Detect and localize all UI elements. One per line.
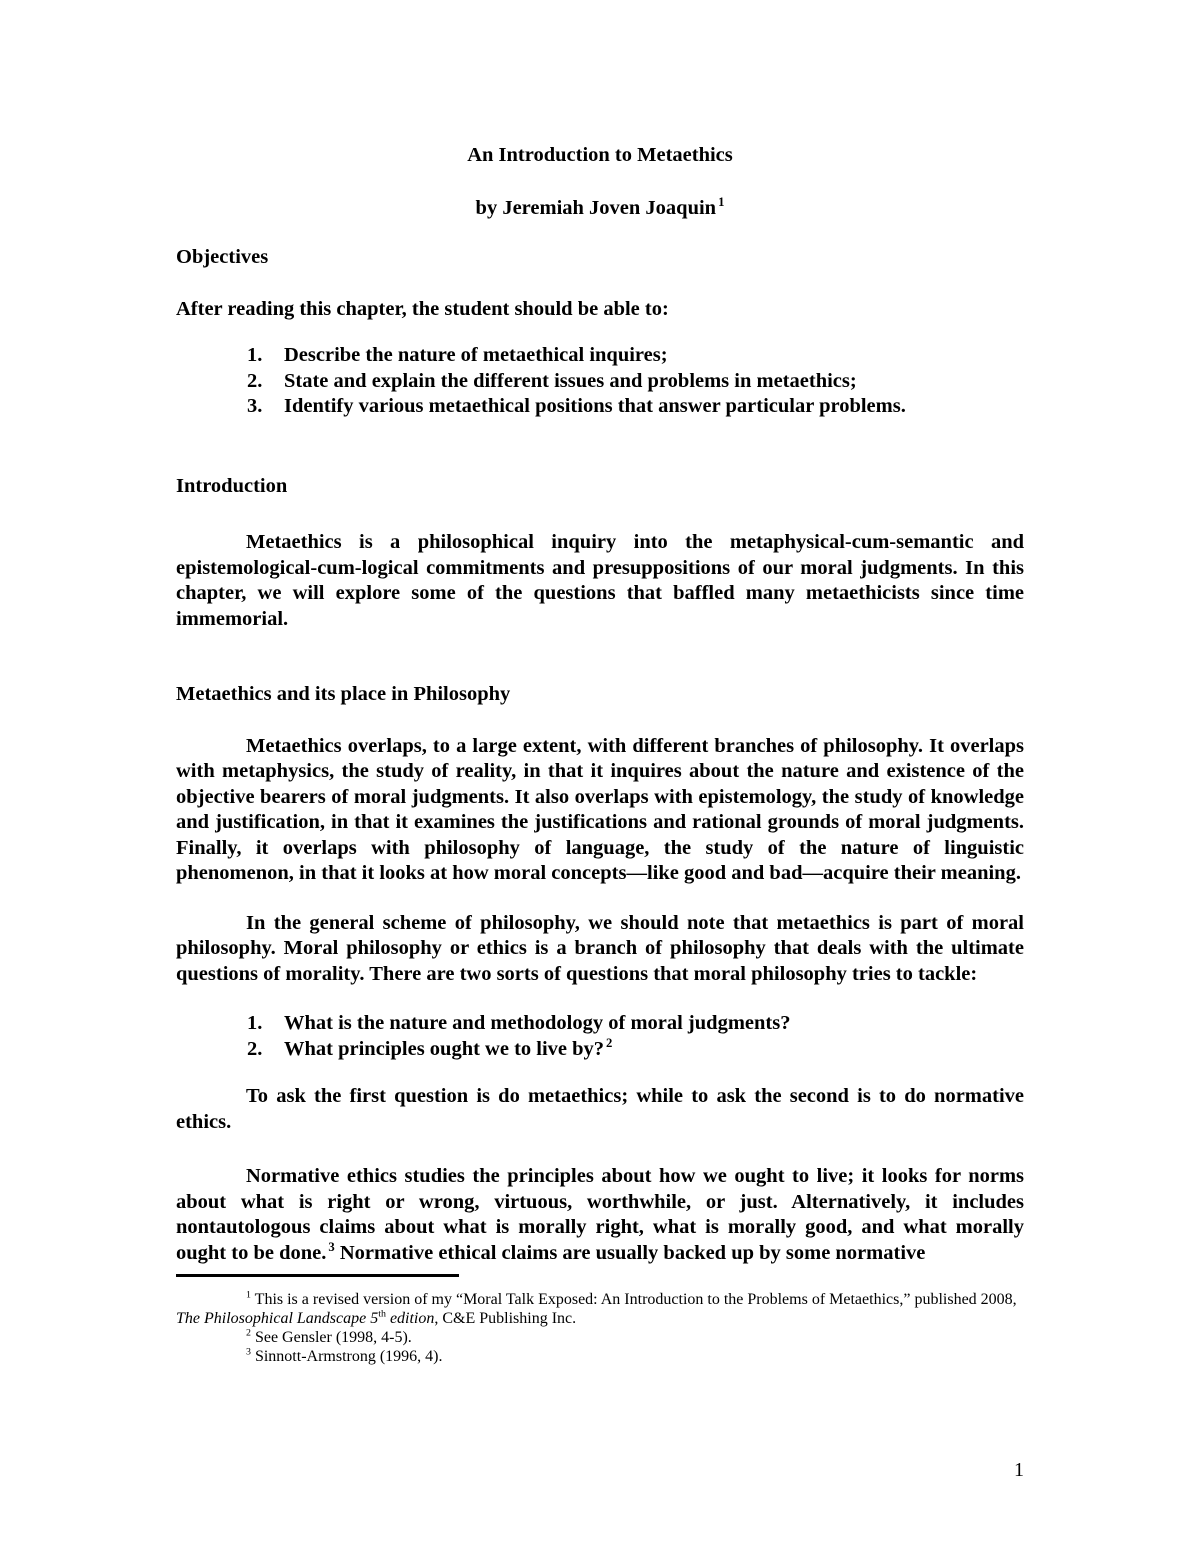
list-item: 1. Describe the nature of metaethical in… [176,343,1024,369]
document-page: An Introduction to Metaethics by Jeremia… [0,0,1200,1553]
list-item-number: 2. [247,369,284,395]
introduction-paragraph: Metaethics is a philosophical inquiry in… [176,530,1024,632]
list-item-text: Identify various metaethical positions t… [284,394,1024,420]
byline: by Jeremiah Joven Joaquin1 [176,196,1024,222]
heading-objectives: Objectives [176,245,1024,271]
list-item-text: State and explain the different issues a… [284,369,1024,395]
heading-introduction: Introduction [176,474,1024,500]
footnote-1-italic-edition: edition [386,1310,434,1327]
footnote-1: 1 This is a revised version of my “Moral… [176,1290,1024,1328]
toask-paragraph: To ask the first question is do metaethi… [176,1084,1024,1135]
questions-list: 1. What is the nature and methodology of… [176,1011,1024,1062]
byline-text: by Jeremiah Joven Joaquin [476,197,717,219]
footnote-3: 3 Sinnott-Armstrong (1996, 4). [176,1347,1024,1366]
list-item-number: 3. [247,394,284,420]
normative-paragraph: Normative ethics studies the principles … [176,1164,1024,1266]
footnote-1-text-a: This is a revised version of my “Moral T… [251,1291,1017,1308]
footnote-1-text-b: , C&E Publishing Inc. [434,1310,576,1327]
footnotes-section: 1 This is a revised version of my “Moral… [176,1290,1024,1366]
objectives-list: 1. Describe the nature of metaethical in… [176,343,1024,420]
footnote-2: 2 See Gensler (1998, 4-5). [176,1328,1024,1347]
list-item-number: 2. [247,1037,284,1063]
heading-metaethics-place: Metaethics and its place in Philosophy [176,682,1024,708]
page-number: 1 [1014,1458,1024,1483]
footnote-1-italic-title: The Philosophical Landscape 5 [176,1310,378,1327]
list-item-number: 1. [247,1011,284,1037]
footnote-separator [176,1274,459,1277]
list-item-text: What principles ought we to live by?2 [284,1037,1024,1063]
list-item: 2. What principles ought we to live by?2 [176,1037,1024,1063]
footnote-3-text: Sinnott-Armstrong (1996, 4). [251,1348,443,1365]
document-title: An Introduction to Metaethics [176,143,1024,169]
list-item-number: 1. [247,343,284,369]
list-item-text: What is the nature and methodology of mo… [284,1011,1024,1037]
normative-text-2: Normative ethical claims are usually bac… [335,1242,926,1264]
objectives-intro: After reading this chapter, the student … [176,297,1024,323]
list-item-text: Describe the nature of metaethical inqui… [284,343,1024,369]
footnote-2-text: See Gensler (1998, 4-5). [251,1329,412,1346]
scheme-paragraph: In the general scheme of philosophy, we … [176,911,1024,988]
overlap-paragraph: Metaethics overlaps, to a large extent, … [176,734,1024,887]
question-text: What principles ought we to live by? [284,1038,604,1060]
list-item: 1. What is the nature and methodology of… [176,1011,1024,1037]
list-item: 2. State and explain the different issue… [176,369,1024,395]
byline-footnote-ref: 1 [718,195,724,209]
list-item: 3. Identify various metaethical position… [176,394,1024,420]
document-content: An Introduction to Metaethics by Jeremia… [0,0,1200,1366]
footnote-1-ordinal: th [378,1309,386,1320]
footnote-ref-2: 2 [606,1036,612,1050]
